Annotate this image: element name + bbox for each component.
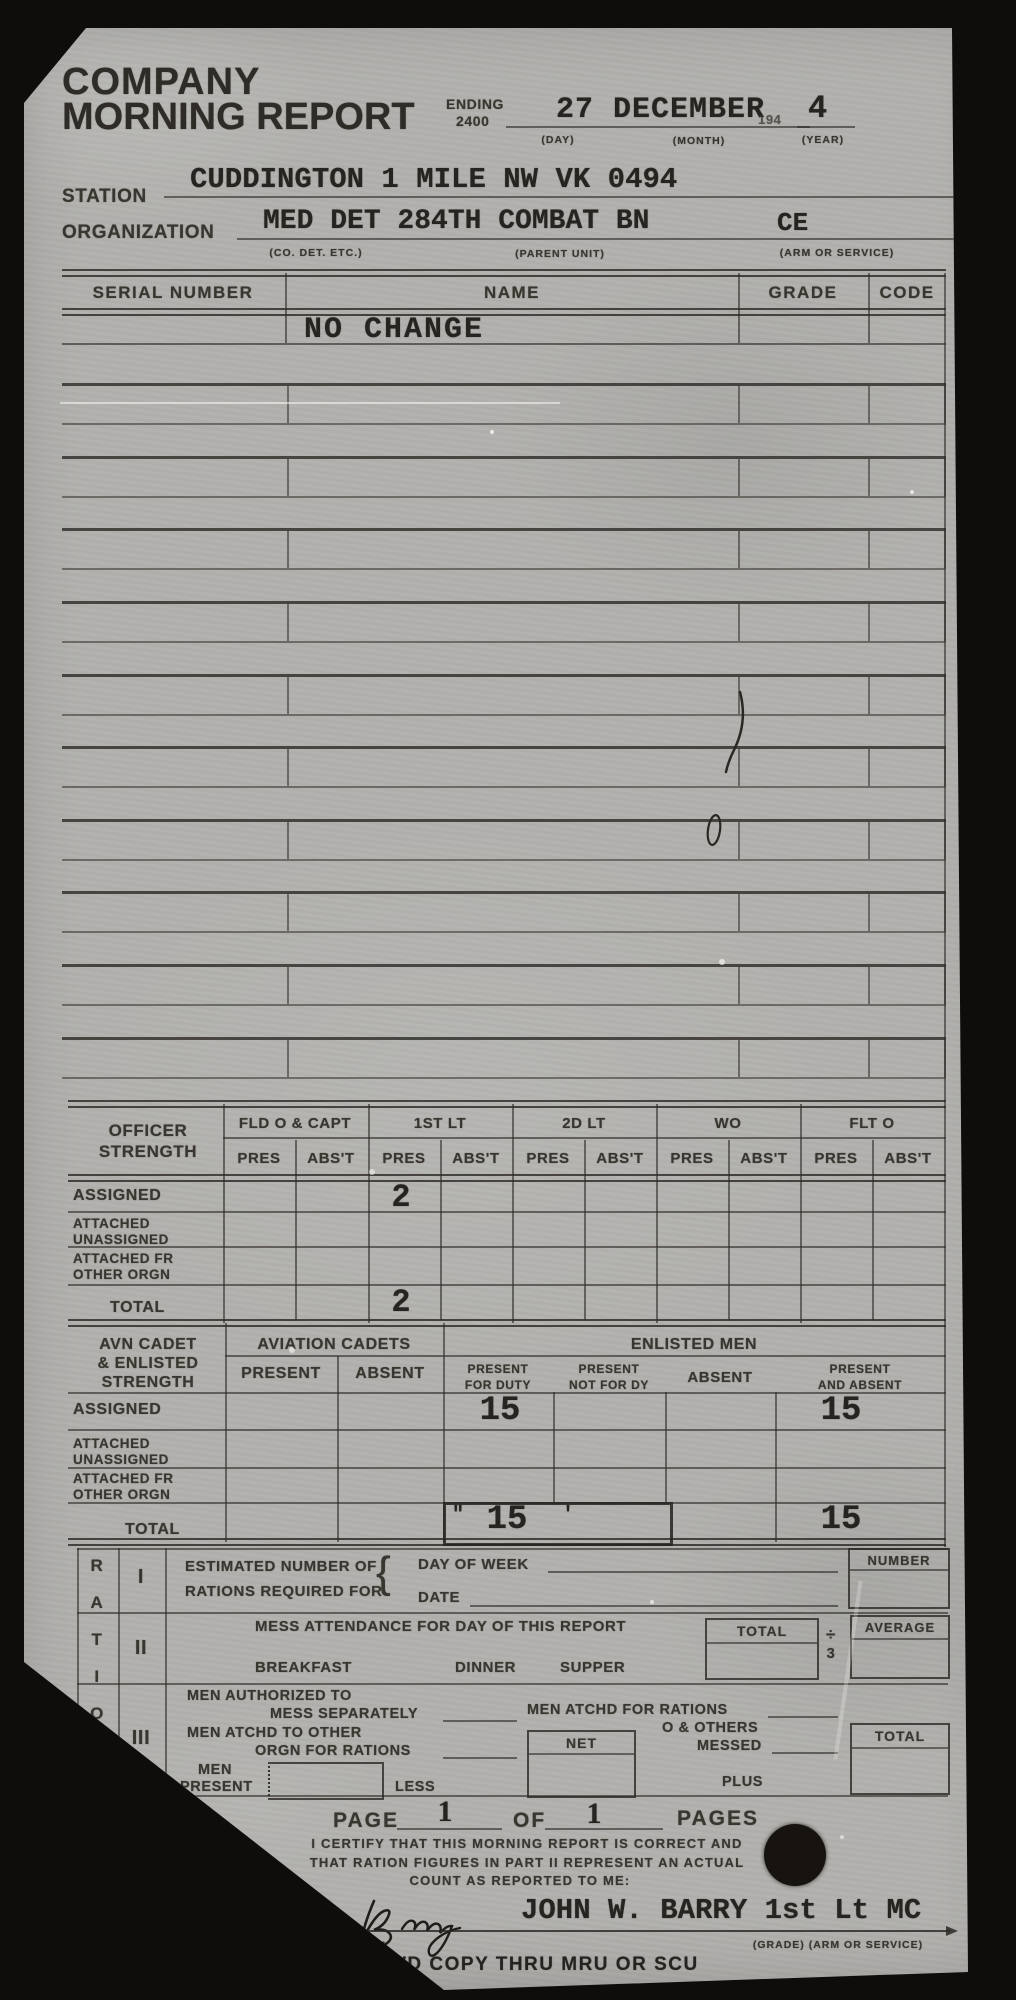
roster-divider bbox=[868, 273, 870, 343]
organization-value: MED DET 284TH COMBAT BN bbox=[263, 208, 649, 236]
men-atchd-blank bbox=[768, 1716, 838, 1718]
roster-col-code: CODE bbox=[879, 284, 934, 301]
o-and-others-label: O & OTHERS bbox=[662, 1721, 758, 1736]
enlisted-col-header: PRESENT bbox=[830, 1363, 891, 1375]
roster-col-grade: GRADE bbox=[769, 284, 838, 301]
signature-rule bbox=[250, 1930, 950, 1932]
rations-sec1-text: ESTIMATED NUMBER OF bbox=[185, 1559, 377, 1574]
enlisted-total-pa: 15 bbox=[821, 1503, 862, 1537]
ending-label-line2: 2400 bbox=[456, 114, 490, 128]
net-box: NET bbox=[527, 1730, 636, 1798]
enlisted-col-header: AND ABSENT bbox=[818, 1379, 902, 1391]
morning-report-scan: COMPANY MORNING REPORT ENDING 2400 27 DE… bbox=[0, 0, 1016, 2000]
arm-of-service-value: CE bbox=[777, 210, 808, 236]
enlisted-col-header: ABSENT bbox=[355, 1366, 424, 1382]
enlisted-col-header: NOT FOR DY bbox=[569, 1379, 649, 1391]
men-present-label: MEN bbox=[198, 1763, 232, 1778]
total-box-label: TOTAL bbox=[852, 1728, 948, 1744]
messed-label: MESSED bbox=[697, 1739, 762, 1754]
station-value: CUDDINGTON 1 MILE NW VK 0494 bbox=[190, 165, 677, 194]
officer-sub-header: PRES bbox=[237, 1151, 280, 1166]
station-underline bbox=[164, 196, 954, 198]
enlisted-total-highlight-box bbox=[443, 1502, 673, 1546]
roster-row-rule bbox=[62, 343, 946, 345]
officer-group-header: 2D LT bbox=[562, 1116, 606, 1131]
officer-sub-header: ABS'T bbox=[452, 1151, 499, 1166]
roster-entry: NO CHANGE bbox=[304, 315, 484, 345]
mess-attendance-label: MESS ATTENDANCE FOR DAY OF THIS REPORT bbox=[255, 1619, 626, 1634]
officer-row-label: ATTACHED FR bbox=[73, 1252, 174, 1266]
men-atchd-rations-label: MEN ATCHD FOR RATIONS bbox=[527, 1703, 728, 1718]
officer-row-rule bbox=[68, 1284, 946, 1286]
enlisted-assigned-pfd: 15 bbox=[480, 1394, 521, 1428]
rations-numeral-divider bbox=[165, 1548, 167, 1797]
orgn-for-rations-label: ORGN FOR RATIONS bbox=[255, 1744, 411, 1759]
officer-bottom-rule bbox=[68, 1319, 946, 1327]
enlisted-col-header: PRESENT bbox=[241, 1366, 321, 1382]
officer-subdivider bbox=[440, 1140, 442, 1320]
page-value: 1 bbox=[438, 1797, 453, 1827]
enlisted-stub: STRENGTH bbox=[102, 1375, 195, 1391]
enlisted-group-header: AVIATION CADETS bbox=[257, 1337, 410, 1353]
officer-subdivider bbox=[295, 1140, 297, 1320]
enlisted-col-header: ABSENT bbox=[687, 1370, 752, 1385]
enlisted-assigned-pa: 15 bbox=[821, 1394, 862, 1428]
rations-letter: I bbox=[94, 1668, 99, 1685]
enlisted-row-label: OTHER ORGN bbox=[73, 1488, 171, 1502]
enlisted-stub: & ENLISTED bbox=[97, 1356, 198, 1372]
roster-blank-row bbox=[62, 1037, 946, 1079]
breakfast-label: BREAKFAST bbox=[255, 1660, 352, 1675]
men-authorized-label: MEN AUTHORIZED TO bbox=[187, 1689, 352, 1704]
mess-separately-blank bbox=[443, 1720, 517, 1722]
enlisted-row-rule bbox=[68, 1467, 946, 1469]
year-prefix: 194 bbox=[758, 113, 782, 126]
officer-total-value: 2 bbox=[391, 1287, 410, 1319]
enlisted-col-header: PRESENT bbox=[579, 1363, 640, 1375]
enlisted-row-rule bbox=[68, 1429, 946, 1431]
rations-sec1-numeral: I bbox=[138, 1567, 144, 1587]
day-of-week-label: DAY OF WEEK bbox=[418, 1557, 529, 1572]
paper-speck bbox=[490, 430, 494, 434]
number-box-label: NUMBER bbox=[850, 1553, 948, 1568]
rations-sec2-numeral: II bbox=[135, 1638, 147, 1658]
rations-sec1-rule bbox=[77, 1612, 948, 1614]
officer-sub-header: PRES bbox=[670, 1151, 713, 1166]
year-underline bbox=[797, 126, 855, 128]
officer-divider bbox=[368, 1104, 370, 1323]
officer-divider bbox=[223, 1104, 225, 1323]
form-title-line2: MORNING REPORT bbox=[62, 98, 415, 136]
officer-sub-header: ABS'T bbox=[884, 1151, 931, 1166]
plus-label: PLUS bbox=[722, 1775, 763, 1790]
of-label: OF bbox=[513, 1810, 546, 1831]
roster-top-rule bbox=[62, 269, 946, 277]
rations-sec1-text: RATIONS REQUIRED FOR bbox=[185, 1584, 383, 1599]
ending-label-line1: ENDING bbox=[446, 97, 504, 111]
rations-top-rule bbox=[77, 1548, 948, 1550]
rations-bottom-rule bbox=[77, 1795, 948, 1797]
officer-group-header: FLD O & CAPT bbox=[239, 1116, 351, 1131]
officer-sub-header: ABS'T bbox=[307, 1151, 354, 1166]
rations-letter: N bbox=[91, 1742, 104, 1759]
date-blank bbox=[470, 1605, 838, 1607]
officer-row-label: ATTACHED bbox=[73, 1217, 150, 1231]
pages-label: PAGES bbox=[677, 1808, 759, 1829]
organization-label: ORGANIZATION bbox=[62, 223, 215, 242]
enlisted-row-label: ATTACHED bbox=[73, 1437, 150, 1451]
officer-assigned-value: 2 bbox=[391, 1182, 410, 1214]
officer-stub: OFFICER bbox=[109, 1122, 188, 1139]
enlisted-row-label: ASSIGNED bbox=[73, 1402, 161, 1418]
supper-label: SUPPER bbox=[560, 1660, 625, 1675]
organization-underline bbox=[237, 238, 954, 240]
roster-blank-row bbox=[62, 891, 946, 933]
enlisted-group-rule bbox=[225, 1355, 946, 1357]
roster-blank-row bbox=[62, 383, 946, 425]
enlisted-divider bbox=[553, 1392, 555, 1502]
messed-blank bbox=[772, 1752, 838, 1754]
enlisted-divider bbox=[337, 1356, 339, 1542]
report-date-value: 27 DECEMBER bbox=[556, 95, 765, 125]
station-label: STATION bbox=[62, 187, 147, 206]
officer-group-header: 1ST LT bbox=[414, 1116, 467, 1131]
officer-group-rule bbox=[223, 1137, 946, 1139]
roster-blank-row bbox=[62, 964, 946, 1006]
dinner-label: DINNER bbox=[455, 1660, 516, 1675]
officer-subdivider bbox=[872, 1140, 874, 1320]
hole-punch bbox=[764, 1824, 826, 1886]
officer-subdivider bbox=[584, 1140, 586, 1320]
year-value: 4 bbox=[808, 93, 827, 125]
divide-sign: ÷ bbox=[826, 1626, 836, 1643]
roster-header-rule bbox=[62, 308, 946, 316]
men-present-box bbox=[268, 1762, 384, 1800]
officer-sub-header: ABS'T bbox=[740, 1151, 787, 1166]
roster-blank-row bbox=[62, 674, 946, 716]
enlisted-stub: AVN CADET bbox=[99, 1337, 197, 1353]
enlisted-group-header: ENLISTED MEN bbox=[631, 1337, 757, 1353]
month-label: (MONTH) bbox=[673, 136, 726, 147]
officer-table-top-rule bbox=[68, 1100, 946, 1108]
roster-blank-row bbox=[62, 456, 946, 498]
officer-header-rule bbox=[68, 1174, 946, 1182]
day-label: (DAY) bbox=[541, 135, 574, 146]
enlisted-row-label: ATTACHED FR bbox=[73, 1472, 174, 1486]
men-present-label: PRESENT bbox=[180, 1780, 253, 1795]
certifying-officer-name: JOHN W. BARRY 1st Lt MC bbox=[521, 1896, 921, 1925]
officer-divider bbox=[656, 1104, 658, 1323]
scratch-mark bbox=[60, 402, 560, 404]
date-label: DATE bbox=[418, 1590, 460, 1605]
enlisted-divider bbox=[665, 1392, 667, 1502]
officer-row-label: OTHER ORGN bbox=[73, 1268, 171, 1282]
wd-copy-note: WD COPY THRU MRU OR SCU bbox=[388, 1955, 699, 1974]
officer-divider bbox=[512, 1104, 514, 1323]
roster-blank-row bbox=[62, 528, 946, 570]
enlisted-col-header: PRESENT bbox=[468, 1363, 529, 1375]
total-box-sec3: TOTAL bbox=[850, 1723, 950, 1795]
rations-letter: O bbox=[90, 1705, 104, 1722]
day-of-week-blank bbox=[548, 1571, 838, 1573]
roster-divider bbox=[738, 273, 740, 343]
average-box-label: AVERAGE bbox=[852, 1620, 948, 1635]
officer-sub-header: ABS'T bbox=[596, 1151, 643, 1166]
officer-group-header: WO bbox=[714, 1116, 741, 1131]
officer-row-rule bbox=[68, 1246, 946, 1248]
total-box-sec2: TOTAL bbox=[705, 1618, 819, 1680]
enlisted-row-label: TOTAL bbox=[125, 1522, 180, 1538]
rations-sec2-rule bbox=[77, 1683, 948, 1685]
roster-divider bbox=[285, 273, 287, 343]
pages-value: 1 bbox=[587, 1799, 602, 1829]
name-sublabel: (NAME) bbox=[343, 1941, 387, 1952]
rations-letter: A bbox=[91, 1594, 104, 1611]
officer-stub: STRENGTH bbox=[99, 1143, 197, 1160]
roster-col-serial: SERIAL NUMBER bbox=[93, 284, 254, 301]
mess-separately-label: MESS SEPARATELY bbox=[270, 1707, 418, 1722]
officer-row-label: ASSIGNED bbox=[73, 1188, 161, 1204]
signature-rule-arrowhead bbox=[946, 1926, 958, 1936]
officer-sub-header: PRES bbox=[382, 1151, 425, 1166]
number-box: NUMBER bbox=[848, 1548, 950, 1609]
officer-sub-header: PRES bbox=[814, 1151, 857, 1166]
men-atchd-other-label: MEN ATCHD TO OTHER bbox=[187, 1726, 362, 1741]
total-box-label: TOTAL bbox=[707, 1623, 817, 1639]
officer-row-label: TOTAL bbox=[110, 1300, 165, 1316]
brace-glyph: { bbox=[376, 1551, 391, 1595]
roster-col-name: NAME bbox=[484, 284, 540, 301]
signature-scribble bbox=[290, 1885, 520, 1965]
net-box-label: NET bbox=[529, 1735, 634, 1751]
enlisted-col-header: FOR DUTY bbox=[465, 1379, 531, 1391]
pen-mark bbox=[700, 688, 760, 868]
divide-three: 3 bbox=[827, 1646, 836, 1661]
roster-blank-row bbox=[62, 601, 946, 643]
less-label: LESS bbox=[395, 1780, 435, 1795]
officer-sub-header: PRES bbox=[526, 1151, 569, 1166]
enlisted-divider bbox=[775, 1392, 777, 1542]
enlisted-divider bbox=[225, 1323, 227, 1542]
rations-sec3-numeral: III bbox=[132, 1728, 150, 1748]
grade-arm-sublabel: (GRADE) (ARM OR SERVICE) bbox=[753, 1940, 923, 1951]
certify-line1: I CERTIFY THAT THIS MORNING REPORT IS CO… bbox=[311, 1837, 742, 1850]
officer-group-header: FLT O bbox=[849, 1116, 894, 1131]
orgn-rations-blank bbox=[443, 1757, 517, 1759]
rations-letter: T bbox=[92, 1631, 103, 1648]
roster-blank-row bbox=[62, 746, 946, 788]
year-label: (YEAR) bbox=[802, 135, 844, 146]
paper-sheet: COMPANY MORNING REPORT ENDING 2400 27 DE… bbox=[0, 0, 1016, 2000]
page-label: PAGE bbox=[333, 1810, 399, 1831]
rations-letter-divider bbox=[118, 1548, 120, 1797]
unit-sublabel: (CO. DET. ETC.) bbox=[269, 248, 362, 259]
pages-blank bbox=[545, 1828, 663, 1830]
officer-divider bbox=[800, 1104, 802, 1323]
page-blank bbox=[397, 1828, 502, 1830]
rations-left-edge bbox=[77, 1548, 79, 1797]
enlisted-row-label: UNASSIGNED bbox=[73, 1453, 169, 1467]
officer-subdivider bbox=[728, 1140, 730, 1320]
roster-blank-row bbox=[62, 819, 946, 861]
officer-row-rule bbox=[68, 1211, 946, 1213]
officer-row-label: UNASSIGNED bbox=[73, 1233, 169, 1247]
parent-unit-sublabel: (PARENT UNIT) bbox=[515, 249, 605, 260]
arm-service-sublabel: (ARM OR SERVICE) bbox=[780, 248, 894, 259]
average-box: AVERAGE bbox=[850, 1615, 950, 1679]
rations-letter: R bbox=[91, 1557, 104, 1574]
certify-line2: THAT RATION FIGURES IN PART II REPRESENT… bbox=[310, 1856, 745, 1869]
